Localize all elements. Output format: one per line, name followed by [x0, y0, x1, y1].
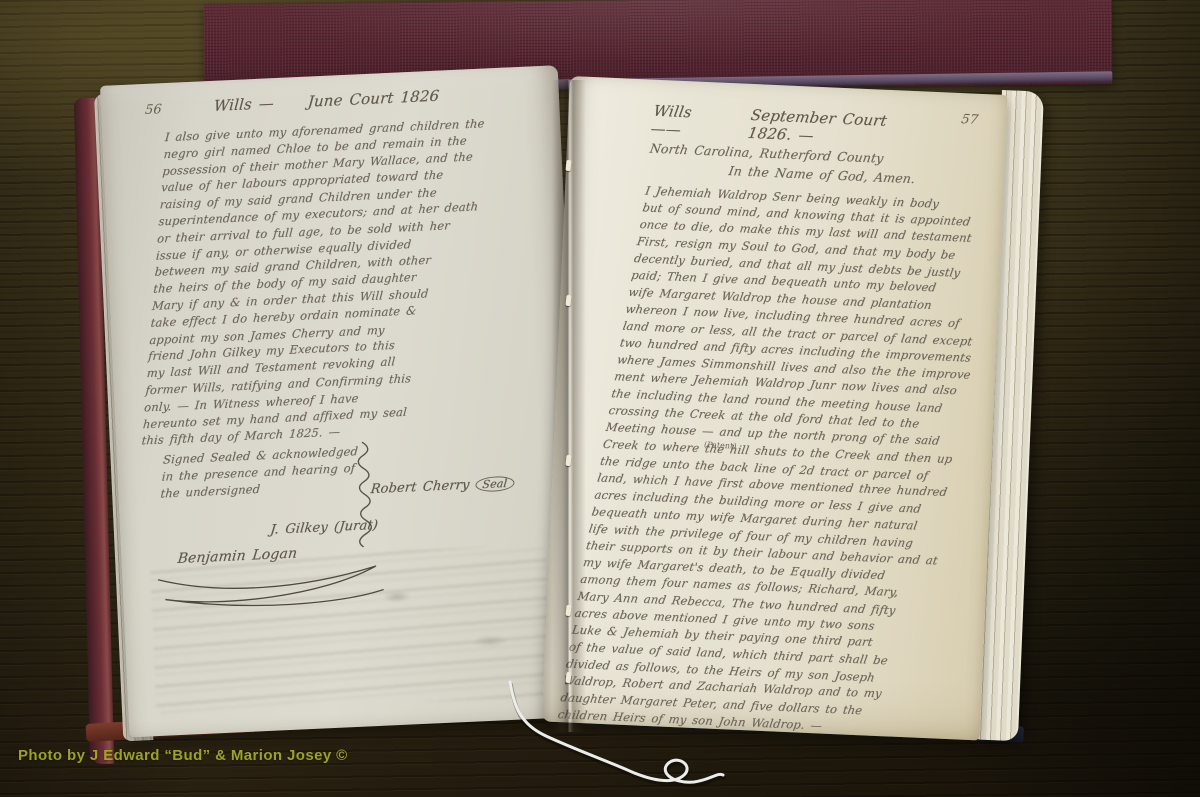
invocation-line: In the Name of God, Amen.: [727, 163, 916, 186]
right-page: Wills —— September Court 1826. — 57 Nort…: [542, 76, 1008, 740]
photographer-watermark: Photo by J Edward “Bud” & Marion Josey ©: [18, 747, 348, 764]
left-page-header: 56 Wills — June Court 1826: [144, 82, 539, 118]
testator-name: Robert Cherry: [370, 478, 471, 498]
left-page-court-date: June Court 1826: [307, 87, 440, 111]
left-page: 56 Wills — June Court 1826 I also give u…: [100, 65, 587, 737]
left-page-title: Wills —: [213, 94, 274, 115]
seal-mark: Seal: [475, 476, 515, 493]
bookmark-string: [480, 676, 736, 796]
right-page-title: Wills ——: [649, 102, 718, 141]
left-page-number: 56: [144, 102, 162, 118]
interline-note: (Patent): [703, 440, 737, 450]
right-page-content: Wills —— September Court 1826. — 57 Nort…: [542, 76, 1008, 740]
left-page-body: I also give unto my aforenamed grand chi…: [141, 111, 559, 449]
left-page-content: 56 Wills — June Court 1826 I also give u…: [100, 65, 587, 737]
photo-scene: 56 Wills — June Court 1826 I also give u…: [0, 0, 1200, 797]
right-page-body: I Jehemiah Waldrop Senr being weakly in …: [556, 182, 1007, 738]
jurat-note: (Jurat): [333, 518, 379, 535]
right-page-number: 57: [960, 112, 983, 128]
witness1-name: J. Gilkey: [269, 520, 328, 538]
